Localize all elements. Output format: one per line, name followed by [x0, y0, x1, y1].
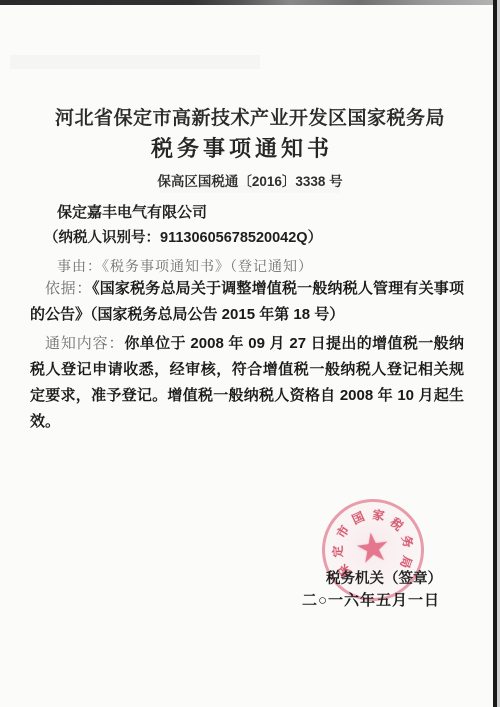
- seal-arc-char: 税: [386, 512, 409, 535]
- matter-value: 《税务事项通知书》（登记通知）: [102, 260, 313, 275]
- document-number: 保高区国税通〔2016〕3338 号: [0, 170, 500, 190]
- notice-content-paragraph: 通知内容：你单位于 2008 年 09 月 27 日提出的增值税一般纳税人登记申…: [30, 331, 464, 435]
- issue-date: 二○一六年五月一日: [302, 589, 440, 610]
- star-icon: ★: [352, 526, 393, 571]
- seal-arc-char: 定: [329, 543, 346, 560]
- issuing-agency: 河北省保定市高新技术产业开发区国家税务局: [0, 103, 500, 130]
- signature-label: 税务机关（签章）: [326, 567, 442, 588]
- matter-label: 事由：: [57, 260, 102, 275]
- recipient-company: 保定嘉丰电气有限公司: [57, 201, 207, 222]
- seal-arc-char: 务: [398, 532, 417, 551]
- basis-label: 依据：: [45, 281, 92, 297]
- scan-smudge: [10, 55, 260, 69]
- seal-arc-char: 家: [369, 505, 387, 523]
- basis-paragraph: 依据：《国家税务总局关于调整增值税一般纳税人管理有关事项的公告》（国家税务总局公…: [30, 276, 464, 328]
- seal-arc-char: 国: [347, 507, 368, 528]
- matter-line: 事由：《税务事项通知书》（登记通知）: [57, 256, 313, 276]
- notice-content-label: 通知内容：: [45, 336, 124, 352]
- document-title: 税务事项通知书: [0, 132, 492, 163]
- scan-edge-top: [0, 0, 500, 5]
- scanned-tax-notice-page: 河北省保定市高新技术产业开发区国家税务局 税务事项通知书 保高区国税通〔2016…: [0, 0, 500, 707]
- taxpayer-id-line: （纳税人识别号：91130605678520042Q）: [44, 226, 322, 247]
- basis-value: 《国家税务总局关于调整增值税一般纳税人管理有关事项的公告》（国家税务总局公告 2…: [30, 280, 464, 323]
- seal-arc-char: 市: [331, 520, 353, 542]
